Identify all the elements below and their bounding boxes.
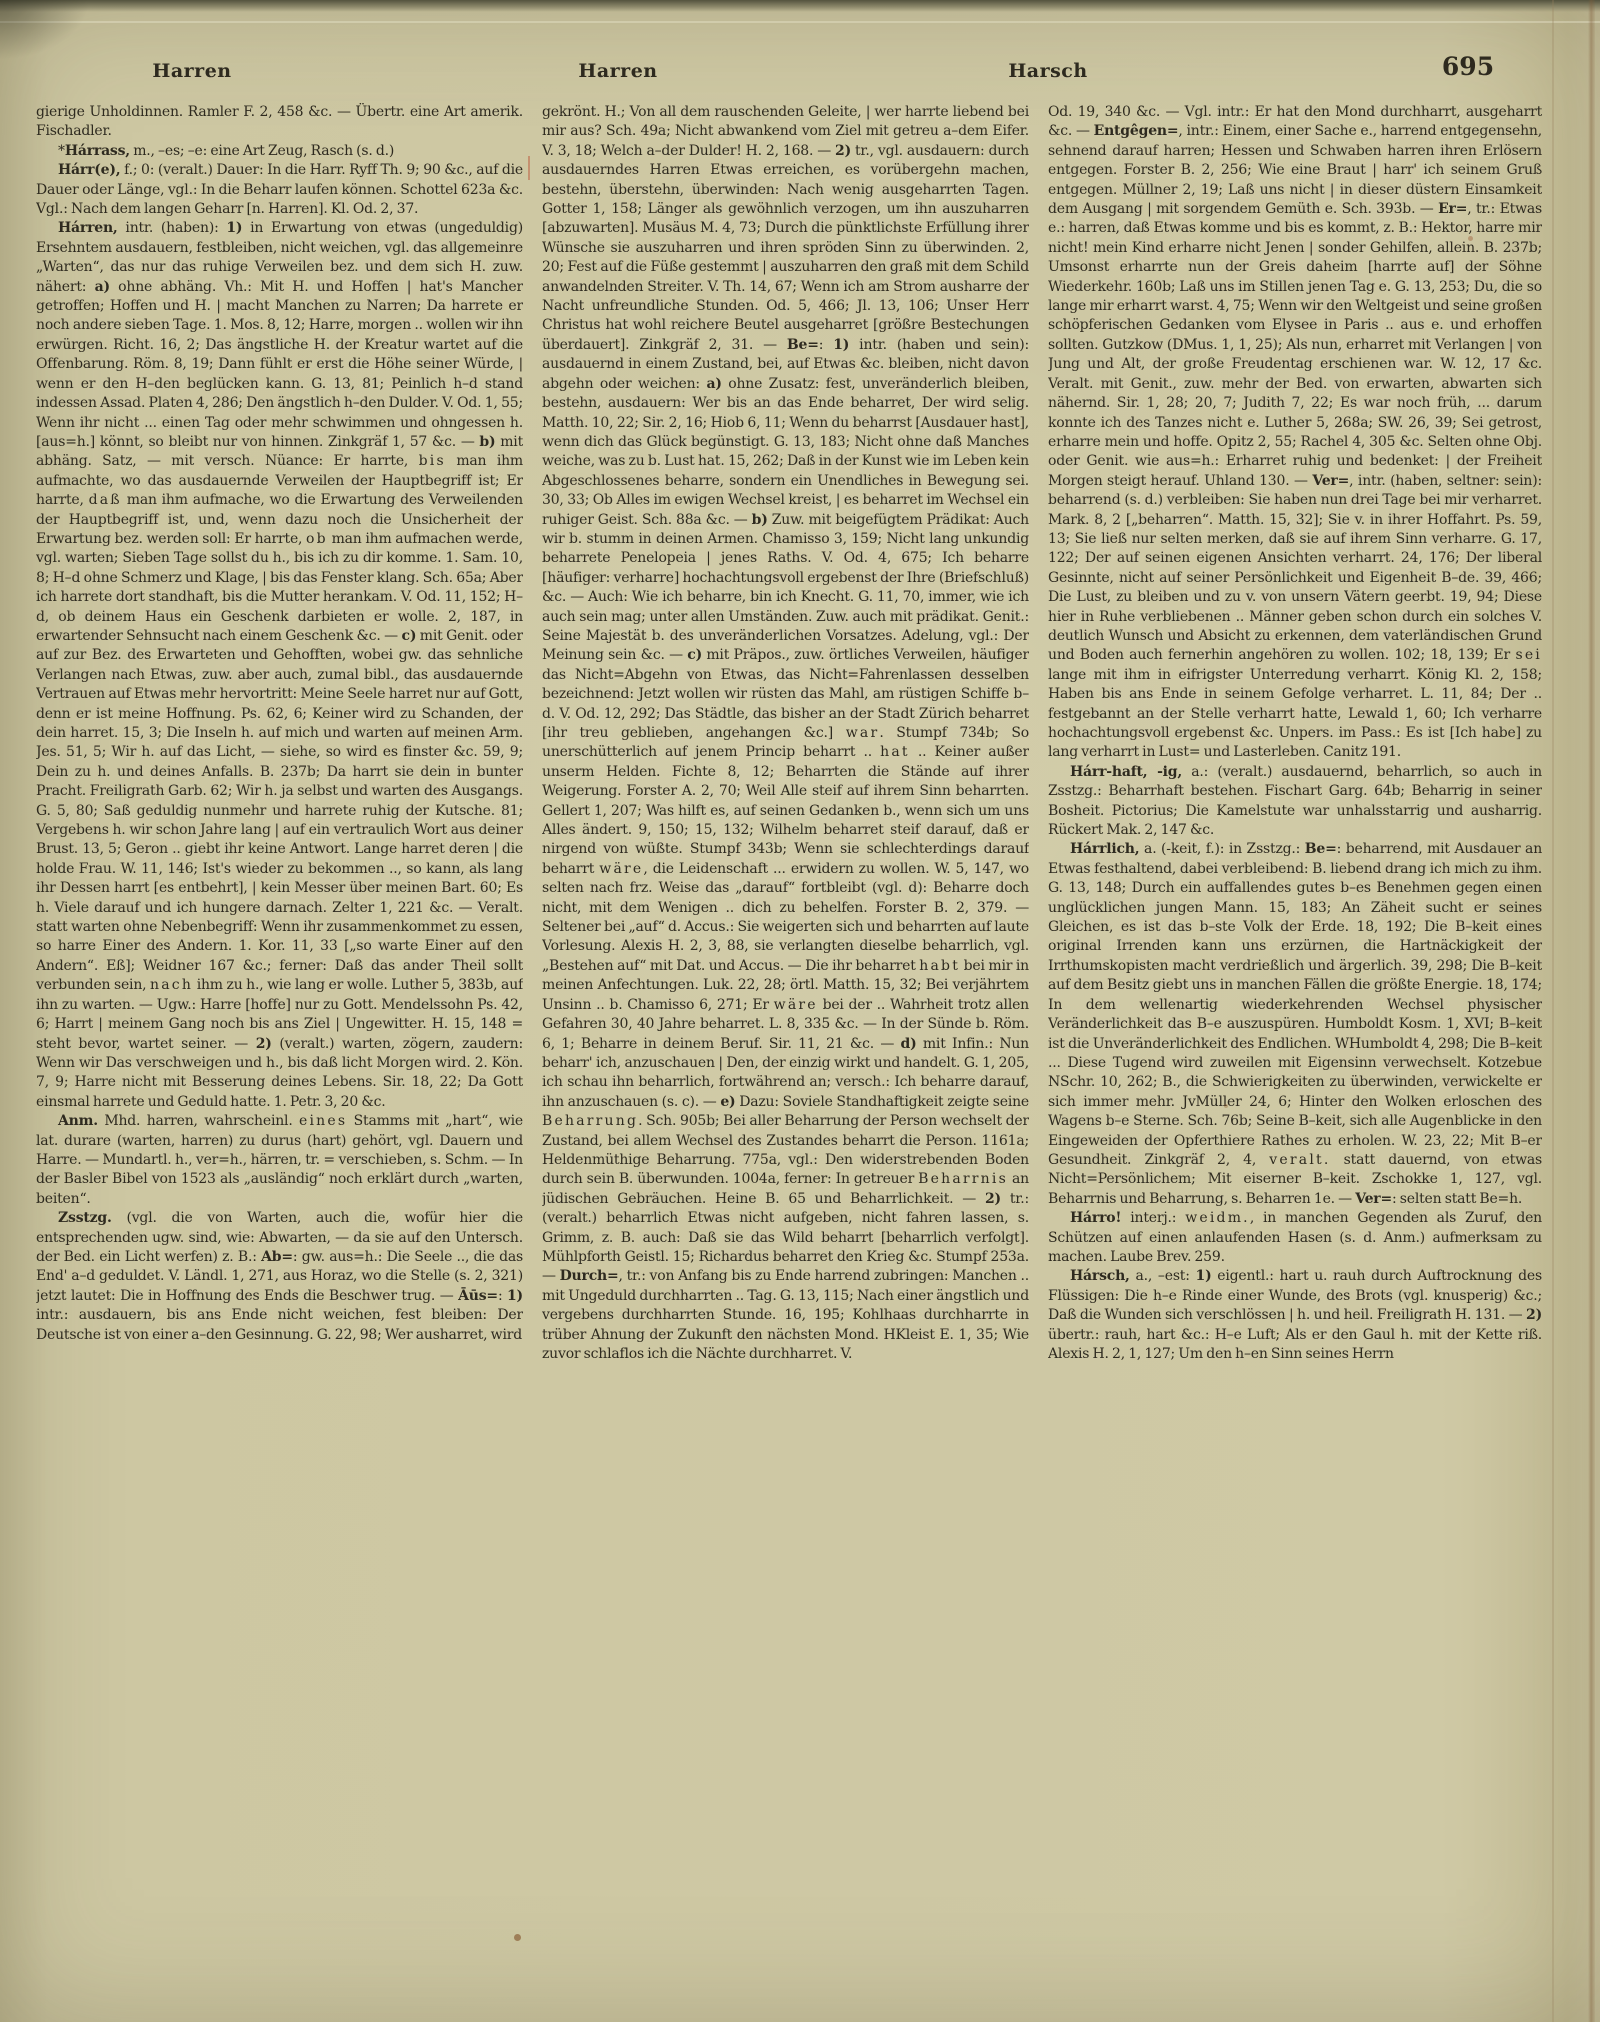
- text-run: lange mit ihm in eifrigster Unterredung …: [1048, 667, 1542, 761]
- page-top-edge-highlight: [0, 21, 1600, 23]
- entry-paragraph: Hársch, a., –est: 1) eigentl.: hart u. r…: [1048, 1267, 1542, 1364]
- text-column-right: Od. 19, 340 &c. — Vgl. intr.: Er hat den…: [1048, 103, 1542, 1977]
- text-run: Hárrass,: [65, 143, 130, 159]
- running-head-right: Harsch: [968, 60, 1128, 82]
- page-number: 695: [1418, 52, 1518, 81]
- entry-paragraph: Od. 19, 340 &c. — Vgl. intr.: Er hat den…: [1048, 103, 1542, 763]
- text-run: Ver=: [1355, 1191, 1392, 1207]
- text-run: 2): [835, 143, 851, 159]
- text-run: wäre: [774, 997, 818, 1013]
- text-run: weidm.: [1185, 1210, 1250, 1226]
- text-run: 2): [985, 1191, 1001, 1207]
- text-run: habt: [919, 958, 960, 974]
- page-right-crease: [1588, 0, 1595, 2022]
- text-run: übertr.: rauh, hart &c.: H–e Luft; Als e…: [1048, 1327, 1542, 1362]
- red-ink-mark: [528, 156, 530, 180]
- text-run: : beharrend, mit Ausdauer an Etwas festh…: [1048, 841, 1542, 1168]
- text-run: Er=: [1438, 201, 1467, 217]
- entry-paragraph: Hárrlich, a. (-keit, f.): in Zsstzg.: Be…: [1048, 840, 1542, 1209]
- text-run: a. (-keit, f.): in Zsstzg.:: [1139, 841, 1304, 857]
- text-run: Hársch,: [1070, 1268, 1130, 1284]
- text-run: a): [95, 279, 110, 295]
- entry-paragraph: Anm. Mhd. harren, wahrscheinl. eines Sta…: [36, 1112, 523, 1209]
- text-run: Beharrung: [542, 1113, 638, 1129]
- text-run: Zsstzg.: [58, 1210, 112, 1226]
- entry-paragraph: gierige Unholdinnen. Ramler F. 2, 458 &c…: [36, 103, 523, 142]
- text-run: ohne Zusatz: fest, unveränderlich bleibe…: [542, 376, 1029, 528]
- text-run: intr.: ausdauern, bis ans Ende nicht wei…: [36, 1307, 523, 1342]
- text-run: 1): [833, 337, 849, 353]
- entry-paragraph: Hárro! interj.: weidm., in manchen Gegen…: [1048, 1209, 1542, 1267]
- page-top-edge-shadow: [0, 0, 1600, 12]
- text-run: ohne abhäng. Vh.: Mit H. und Hoffen | ha…: [36, 279, 523, 450]
- text-run: Anm.: [58, 1113, 98, 1129]
- text-run: Hárro!: [1070, 1210, 1121, 1226]
- text-run: mit Genit. oder auf zur Bez. des Erwarte…: [36, 628, 523, 993]
- entry-paragraph: Hárr-haft, -ig, a.: (veralt.) ausdauernd…: [1048, 763, 1542, 841]
- text-run: :: [819, 337, 833, 353]
- text-run: b): [479, 434, 495, 450]
- text-run: Entgêgen=: [1094, 123, 1179, 139]
- text-run: 1): [226, 220, 242, 236]
- text-run: a., –est:: [1130, 1268, 1196, 1284]
- text-run: *: [58, 143, 65, 159]
- text-run: Ver=: [1312, 473, 1349, 489]
- text-run: Durch=: [560, 1268, 619, 1284]
- running-head-left: Harren: [112, 60, 272, 82]
- text-run: m., –es; –e: eine Art Zeug, Rasch (s. d.…: [130, 143, 394, 159]
- entry-paragraph: Hárren, intr. (haben): 1) in Erwartung v…: [36, 219, 523, 1112]
- text-run: c): [687, 647, 702, 663]
- text-run: 2): [1526, 1307, 1542, 1323]
- page-corner-shadow: [0, 0, 90, 60]
- text-column-left: gierige Unholdinnen. Ramler F. 2, 458 &c…: [36, 103, 523, 1977]
- text-run: interj.:: [1121, 1210, 1185, 1226]
- text-run: bis: [419, 453, 446, 469]
- dictionary-page: Harren Harren Harsch 695 gierige Unholdi…: [0, 0, 1600, 2022]
- entry-paragraph: *Hárrass, m., –es; –e: eine Art Zeug, Ra…: [36, 142, 523, 161]
- text-run: Hárrlich,: [1070, 841, 1139, 857]
- text-run: d): [901, 1036, 917, 1052]
- text-run: gierige Unholdinnen. Ramler F. 2, 458 &c…: [36, 104, 523, 139]
- text-run: ob: [306, 531, 328, 547]
- text-run: 1): [507, 1288, 523, 1304]
- text-run: Zuw. mit beigefügtem Prädikat: Auch wir …: [542, 512, 1029, 664]
- text-run: Be=: [787, 337, 819, 353]
- entry-paragraph: Hárr(e), f.; 0: (veralt.) Dauer: In die …: [36, 161, 523, 219]
- text-run: eines: [299, 1113, 347, 1129]
- text-run: Ab=: [261, 1249, 293, 1265]
- text-run: tr., vgl. ausdauern: durch ausdauerndes …: [542, 143, 1029, 353]
- text-run: Āūs=: [458, 1288, 498, 1304]
- entry-paragraph: gekrönt. H.; Von all dem rauschenden Gel…: [542, 103, 1029, 1364]
- text-run: Hárr-haft, -ig,: [1070, 764, 1182, 780]
- entry-paragraph: Zsstzg. (vgl. die von Warten, auch die, …: [36, 1209, 523, 1345]
- text-run: war: [846, 725, 880, 741]
- text-run: .. Keiner außer unserm Helden. Fichte 8,…: [542, 744, 1029, 876]
- text-run: wäre: [599, 861, 643, 877]
- text-run: intr. (haben):: [118, 220, 227, 236]
- page-right-margin-line: [1552, 0, 1554, 2022]
- text-run: c): [402, 628, 417, 644]
- text-run: 1): [1196, 1268, 1212, 1284]
- text-run: , tr.: Etwas e.: harren, daß Etwas komme…: [1048, 201, 1542, 489]
- text-run: Mhd. harren, wahrscheinl.: [98, 1113, 299, 1129]
- text-run: 2): [256, 1036, 272, 1052]
- text-run: a): [706, 376, 721, 392]
- text-run: Be=: [1305, 841, 1337, 857]
- text-column-center: gekrönt. H.; Von all dem rauschenden Gel…: [542, 103, 1029, 1977]
- text-run: nach: [150, 977, 193, 993]
- text-run: sei: [1515, 647, 1542, 663]
- text-run: b): [752, 512, 768, 528]
- text-run: :: [498, 1288, 507, 1304]
- text-run: Hárr(e),: [58, 162, 120, 178]
- text-run: Dazu: Soviele Standhaftigkeit zeigte sei…: [735, 1094, 1029, 1110]
- text-run: Hárren,: [58, 220, 118, 236]
- text-run: hat: [880, 744, 910, 760]
- text-run: daß: [89, 492, 122, 508]
- text-run: e): [720, 1094, 735, 1110]
- text-run: : selten statt Be=h.: [1392, 1191, 1522, 1207]
- running-head-center: Harren: [538, 60, 698, 82]
- text-run: Beharrnis: [918, 1171, 1008, 1187]
- text-run: veralt.: [1269, 1152, 1330, 1168]
- text-run: , intr. (haben, seltner: sein): beharren…: [1048, 473, 1542, 664]
